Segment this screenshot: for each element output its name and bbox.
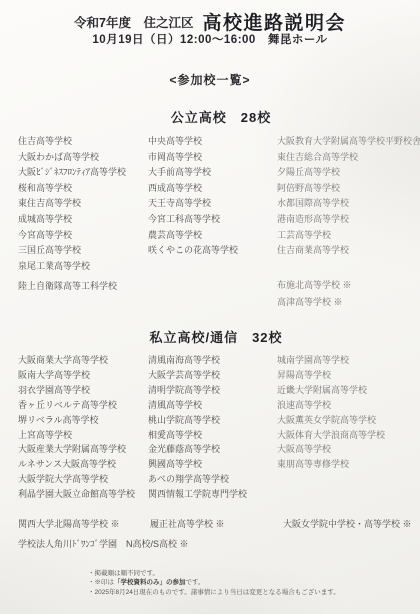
- school-item: 夕陽丘高等学校: [277, 165, 420, 181]
- school-item: 今宮工科高等学校: [148, 212, 277, 228]
- school-item: 東住吉総合高等学校: [277, 150, 420, 166]
- public-column-1: 住吉高等学校大阪わかば高等学校大阪ﾋﾞｼﾞﾈｽﾌﾛﾝﾃｨｱ高等学校桜和高等学校東…: [18, 134, 148, 274]
- school-item: 大阪体育大学浪商高等学校: [277, 428, 420, 443]
- school-item: 大手前高等学校: [148, 165, 277, 181]
- school-item: 羽衣学園高等学校: [18, 383, 148, 398]
- school-item: 陸上自衛隊高等工科学校: [18, 278, 117, 294]
- school-item: 大阪商業大学高等学校: [18, 353, 148, 368]
- public-extra-left: 陸上自衛隊高等工科学校: [18, 278, 117, 294]
- private-column-1: 大阪商業大学高等学校阪南大学高等学校羽衣学園高等学校香ヶ丘リベルテ高等学校堺リベ…: [18, 353, 148, 502]
- school-item: 昇陽高等学校: [277, 368, 420, 383]
- school-item: 大阪薫英女学院高等学校: [277, 413, 420, 428]
- event-datetime-venue: 10月19日（日）12:00～16:00 舞昆ホール: [0, 31, 420, 47]
- school-item: 成城高等学校: [18, 212, 148, 228]
- school-item: 大阪教育大学附属高等学校平野校舎: [277, 134, 420, 150]
- school-item: 大阪高等学校: [277, 442, 420, 457]
- school-item: 上宮高等学校: [18, 428, 148, 443]
- footnotes: ・掲載順は順不同です。 ・※印は「学校資料のみ」の参加です。 ・2025年8月2…: [88, 569, 340, 597]
- school-item: 香ヶ丘リベルテ高等学校: [18, 398, 148, 413]
- school-item: 農芸高等学校: [148, 228, 277, 244]
- private-section-heading: 私立高校/通信 32校: [0, 327, 420, 346]
- school-item: 清風高等学校: [148, 398, 277, 413]
- school-item: ルネサンス大阪高等学校: [18, 457, 148, 472]
- school-item: 工芸高等学校: [277, 228, 420, 244]
- school-item: 清風南海高等学校: [148, 353, 277, 368]
- school-item: 咲くやこの花高等学校: [148, 243, 277, 259]
- footnote-materials-only: ・※印は「学校資料のみ」の参加です。: [88, 578, 340, 587]
- school-item: 清明学院高等学校: [148, 383, 277, 398]
- school-item: 阿倍野高等学校: [277, 181, 420, 197]
- school-item: 近畿大学附属高等学校: [277, 383, 420, 398]
- school-item: 堺リベラル高等学校: [18, 413, 148, 428]
- school-item: 東朋高等専修学校: [277, 457, 420, 472]
- school-item: 大阪学院大学高等学校: [18, 472, 148, 487]
- public-column-2: 中央高等学校市岡高等学校大手前高等学校西成高等学校天王寺高等学校今宮工科高等学校…: [148, 134, 277, 274]
- school-item: 相愛高等学校: [148, 428, 277, 443]
- public-section-heading: 公立高校 28校: [0, 107, 420, 126]
- school-item: 布施北高等学校 ※: [277, 277, 352, 294]
- school-item: 阪南大学高等学校: [18, 368, 148, 383]
- school-item: 大阪ﾋﾞｼﾞﾈｽﾌﾛﾝﾃｨｱ高等学校: [18, 165, 148, 181]
- private-column-2: 清風南海高等学校大阪学芸高等学校清明学院高等学校清風高等学校桃山学院高等学校相愛…: [148, 353, 277, 502]
- school-item: 関西大学北陽高等学校 ※: [18, 517, 120, 530]
- public-school-grid: 住吉高等学校大阪わかば高等学校大阪ﾋﾞｼﾞﾈｽﾌﾛﾝﾃｨｱ高等学校桜和高等学校東…: [18, 134, 420, 274]
- school-item: 高津高等学校 ※: [277, 294, 352, 311]
- school-item: 学校法人角川ﾄﾞﾜﾝｺﾞ学園 N高校/S高校 ※: [18, 537, 189, 550]
- public-extra-right: 布施北高等学校 ※高津高等学校 ※: [277, 277, 352, 310]
- school-item: 金光藤蔭高等学校: [148, 442, 277, 457]
- school-item: 水都国際高等学校: [277, 196, 420, 212]
- school-item: 天王寺高等学校: [148, 196, 277, 212]
- school-item: あべの翔学高等学校: [148, 472, 277, 487]
- school-item: 市岡高等学校: [148, 150, 277, 166]
- school-item: 西成高等学校: [148, 181, 277, 197]
- school-item: 住吉高等学校: [18, 134, 148, 150]
- school-item: 城南学園高等学校: [277, 353, 420, 368]
- school-item: 履正社高等学校 ※: [150, 517, 225, 530]
- school-item: 大阪学芸高等学校: [148, 368, 277, 383]
- school-item: 大阪産業大学附属高等学校: [18, 442, 148, 457]
- school-item: 泉尾工業高等学校: [18, 259, 148, 275]
- school-item: 桃山学院高等学校: [148, 413, 277, 428]
- footnote-text: です。: [186, 579, 205, 586]
- school-item: 大阪女学院中学校・高等学校 ※: [283, 517, 412, 530]
- school-item: 桜和高等学校: [18, 181, 148, 197]
- flyer-page: 令和7年度 住之江区高校進路説明会 10月19日（日）12:00～16:00 舞…: [0, 0, 420, 614]
- footnote-bold-text: 「学校資料のみ」の参加: [114, 579, 186, 586]
- footnote-order: ・掲載順は順不同です。: [88, 569, 340, 578]
- participants-list-heading: <参加校一覧>: [0, 71, 420, 88]
- school-item: 興國高等学校: [148, 457, 277, 472]
- footnote-asof-date: ・2025年8月24日現在のものです。諸事情により当日は変更となる場合もございま…: [88, 588, 340, 597]
- materials-only-row: 関西大学北陽高等学校 ※ 履正社高等学校 ※ 大阪女学院中学校・高等学校 ※: [0, 517, 420, 531]
- school-item: 三国丘高等学校: [18, 243, 148, 259]
- school-item: 関西情報工学院専門学校: [148, 487, 277, 502]
- school-item: 東住吉高等学校: [18, 196, 148, 212]
- school-item: 中央高等学校: [148, 134, 277, 150]
- private-column-3: 城南学園高等学校昇陽高等学校近畿大学附属高等学校浪速高等学校大阪薫英女学院高等学…: [277, 353, 420, 502]
- school-item: 住吉商業高等学校: [277, 243, 420, 259]
- school-item: 利晶学園大阪立命館高等学校: [18, 487, 148, 502]
- school-item: 浪速高等学校: [277, 398, 420, 413]
- school-item: 大阪わかば高等学校: [18, 150, 148, 166]
- footnote-text: ・※印は: [88, 579, 114, 586]
- private-school-grid: 大阪商業大学高等学校阪南大学高等学校羽衣学園高等学校香ヶ丘リベルテ高等学校堺リベ…: [18, 353, 420, 502]
- school-item: 今宮高等学校: [18, 228, 148, 244]
- public-column-3: 大阪教育大学附属高等学校平野校舎東住吉総合高等学校夕陽丘高等学校阿倍野高等学校水…: [277, 134, 420, 274]
- school-item: 港南造形高等学校: [277, 212, 420, 228]
- title-prefix: 令和7年度 住之江区: [74, 16, 193, 30]
